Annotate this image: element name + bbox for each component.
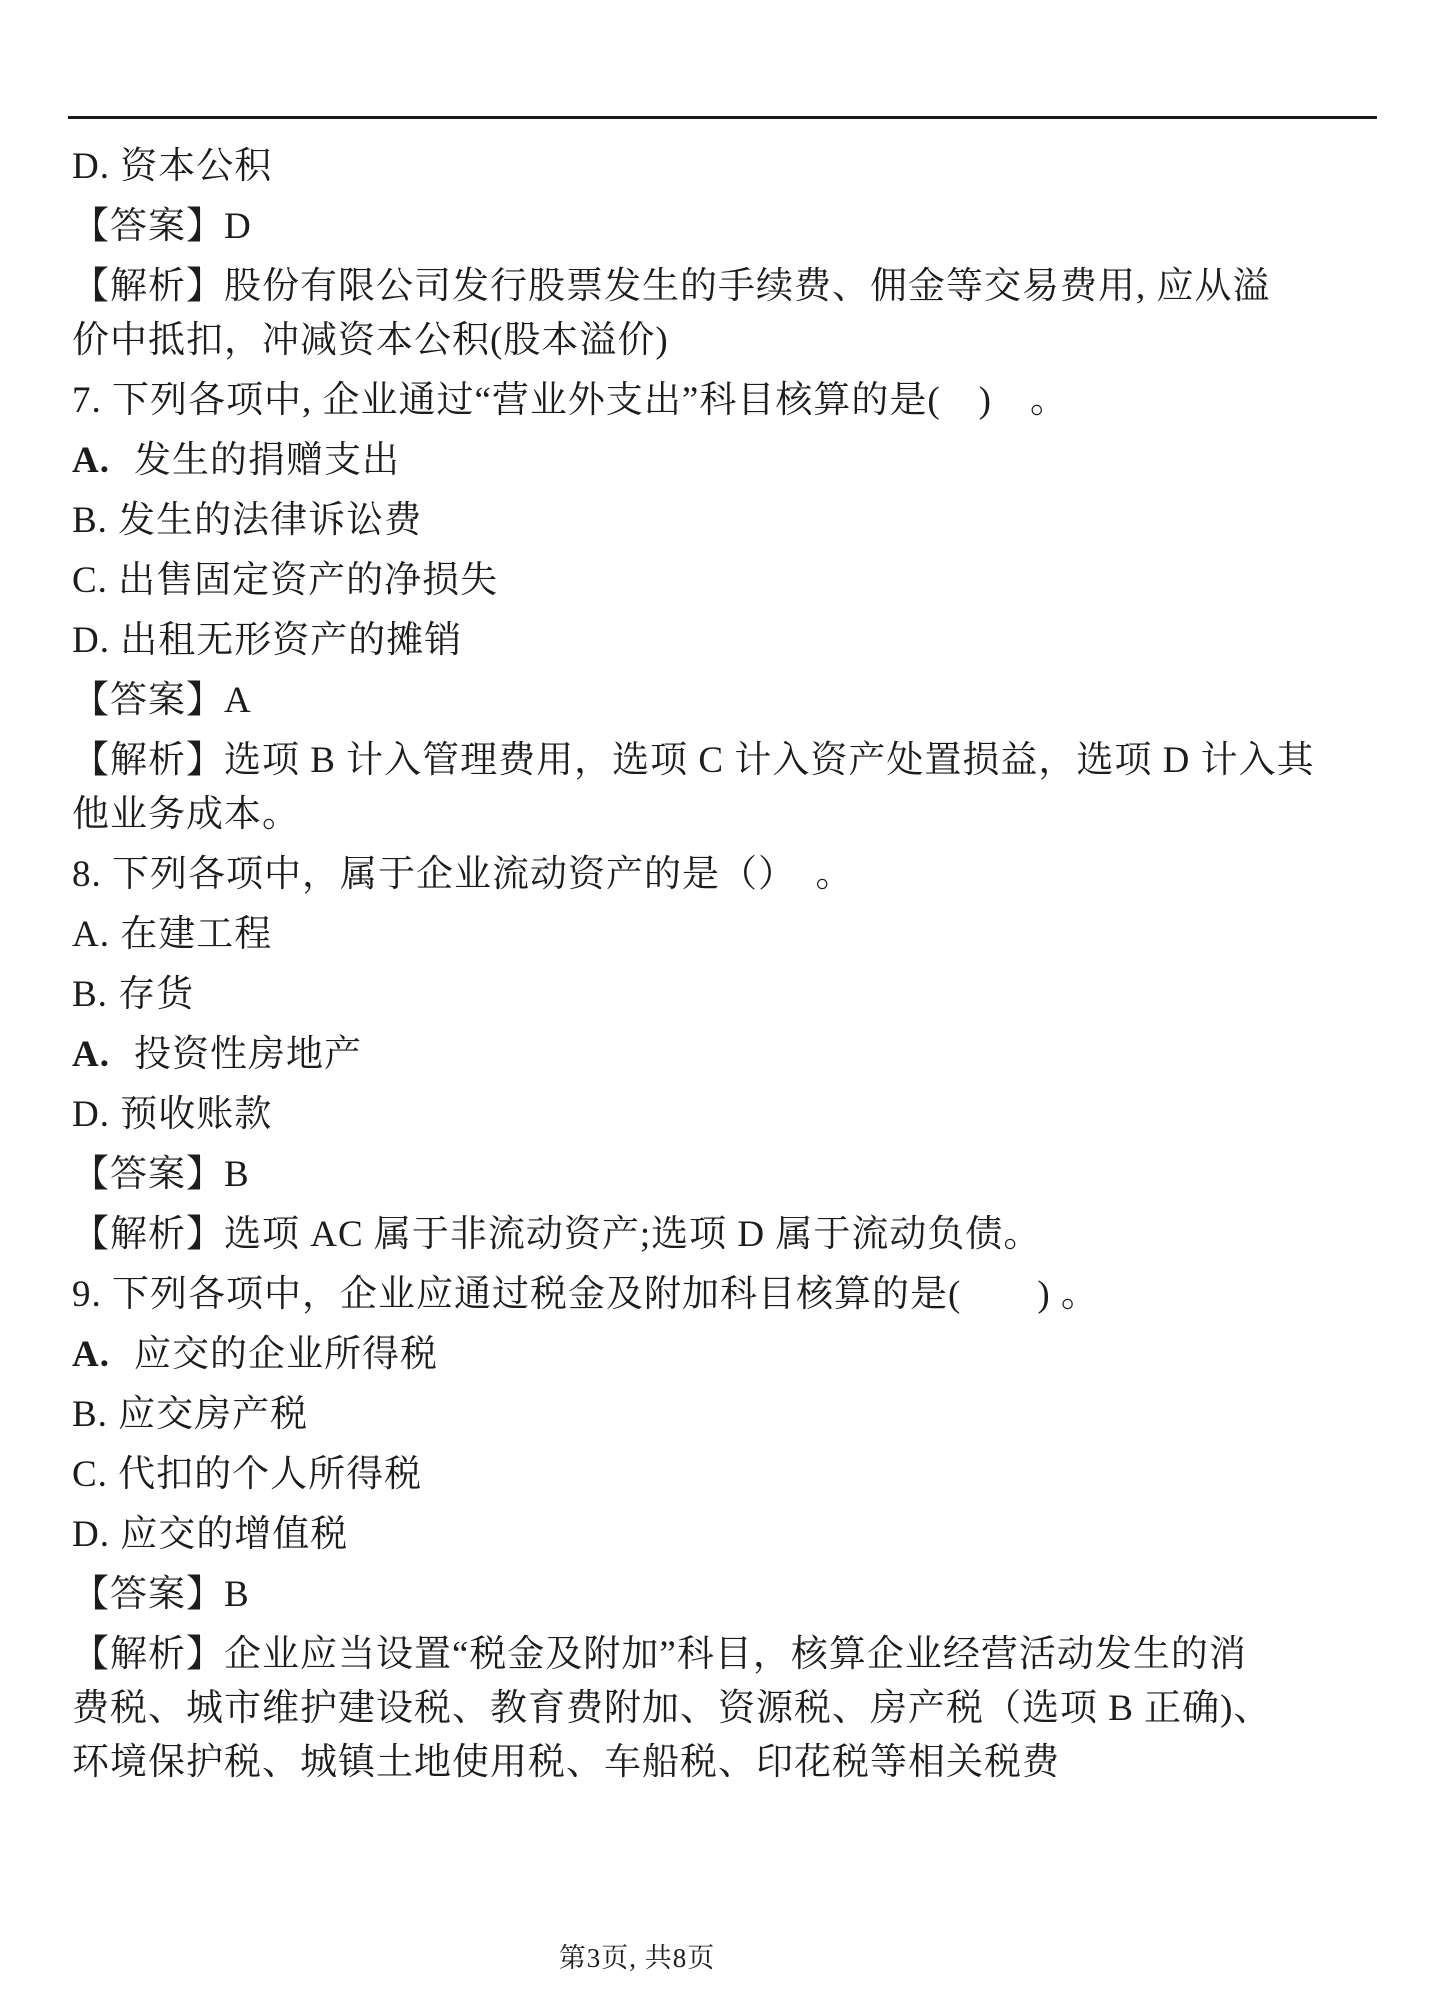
- text-line: A. 在建工程: [72, 908, 1402, 962]
- option-b-q9: B. 应交房产税: [72, 1388, 1402, 1442]
- option-b-q7: B. 发生的法律诉讼费: [72, 494, 1402, 548]
- answer-q8: 【答案】B: [72, 1148, 1402, 1202]
- option-c-q8: A.投资性房地产: [72, 1028, 1402, 1082]
- option-a-q8: A. 在建工程: [72, 908, 1402, 962]
- answer-q6: 【答案】D: [72, 200, 1402, 254]
- text-line: 【答案】D: [72, 200, 1402, 254]
- option-c-q9: C. 代扣的个人所得税: [72, 1448, 1402, 1502]
- text-line: 【答案】B: [72, 1148, 1402, 1202]
- text-line: B. 存货: [72, 968, 1402, 1022]
- option-d-q9: D. 应交的增值税: [72, 1508, 1402, 1562]
- option-c-q7: C. 出售固定资产的净损失: [72, 554, 1402, 608]
- option-a-q7: A.发生的捐赠支出: [72, 434, 1402, 488]
- analysis-q9: 【解析】企业应当设置“税金及附加”科目，核算企业经营活动发生的消费税、城市维护建…: [72, 1628, 1402, 1790]
- text-line: C. 出售固定资产的净损失: [72, 554, 1402, 608]
- question-9: 9. 下列各项中，企业应通过税金及附加科目核算的是( ) 。: [72, 1268, 1402, 1322]
- text-line: 9. 下列各项中，企业应通过税金及附加科目核算的是( ) 。: [72, 1268, 1402, 1322]
- question-8: 8. 下列各项中，属于企业流动资产的是（） 。: [72, 848, 1402, 902]
- option-text: 投资性房地产: [134, 1034, 362, 1075]
- text-line: C. 代扣的个人所得税: [72, 1448, 1402, 1502]
- analysis-q6: 【解析】股份有限公司发行股票发生的手续费、佣金等交易费用, 应从溢价中抵扣，冲减…: [72, 260, 1402, 368]
- text-line: A.投资性房地产: [72, 1028, 1402, 1082]
- page-footer: 第3页, 共8页: [0, 1940, 1274, 1976]
- text-line: B. 发生的法律诉讼费: [72, 494, 1402, 548]
- text-line: 【解析】选项 AC 属于非流动资产;选项 D 属于流动负债。: [72, 1208, 1402, 1262]
- analysis-q7: 【解析】选项 B 计入管理费用，选项 C 计入资产处置损益，选项 D 计入其他业…: [72, 734, 1402, 842]
- option-marker: A.: [72, 1334, 110, 1375]
- option-text: 发生的捐赠支出: [134, 440, 400, 481]
- text-line: 环境保护税、城镇土地使用税、车船税、印花税等相关税费: [72, 1736, 1402, 1790]
- analysis-q8: 【解析】选项 AC 属于非流动资产;选项 D 属于流动负债。: [72, 1208, 1402, 1262]
- option-a-q9: A.应交的企业所得税: [72, 1328, 1402, 1382]
- text-line: 费税、城市维护建设税、教育费附加、资源税、房产税（选项 B 正确)、: [72, 1682, 1402, 1736]
- text-line: 8. 下列各项中，属于企业流动资产的是（） 。: [72, 848, 1402, 902]
- text-line: A.应交的企业所得税: [72, 1328, 1402, 1382]
- text-line: D. 资本公积: [72, 140, 1402, 194]
- text-line: 【答案】A: [72, 674, 1402, 728]
- text-line: 【解析】股份有限公司发行股票发生的手续费、佣金等交易费用, 应从溢: [72, 260, 1402, 314]
- text-line: D. 应交的增值税: [72, 1508, 1402, 1562]
- text-line: D. 出租无形资产的摊销: [72, 614, 1402, 668]
- document-content: D. 资本公积【答案】D【解析】股份有限公司发行股票发生的手续费、佣金等交易费用…: [72, 140, 1402, 1796]
- header-rule: [68, 116, 1377, 119]
- option-b-q8: B. 存货: [72, 968, 1402, 1022]
- question-7: 7. 下列各项中, 企业通过“营业外支出”科目核算的是( ) 。: [72, 374, 1402, 428]
- text-line: 他业务成本。: [72, 788, 1402, 842]
- option-marker: A.: [72, 1034, 110, 1075]
- option-d-q8: D. 预收账款: [72, 1088, 1402, 1142]
- text-line: 【解析】选项 B 计入管理费用，选项 C 计入资产处置损益，选项 D 计入其: [72, 734, 1402, 788]
- text-line: D. 预收账款: [72, 1088, 1402, 1142]
- option-d-q6: D. 资本公积: [72, 140, 1402, 194]
- exam-page: D. 资本公积【答案】D【解析】股份有限公司发行股票发生的手续费、佣金等交易费用…: [0, 0, 1440, 2000]
- text-line: 7. 下列各项中, 企业通过“营业外支出”科目核算的是( ) 。: [72, 374, 1402, 428]
- text-line: 价中抵扣，冲减资本公积(股本溢价): [72, 314, 1402, 368]
- text-line: A.发生的捐赠支出: [72, 434, 1402, 488]
- answer-q9: 【答案】B: [72, 1568, 1402, 1622]
- answer-q7: 【答案】A: [72, 674, 1402, 728]
- option-d-q7: D. 出租无形资产的摊销: [72, 614, 1402, 668]
- option-text: 应交的企业所得税: [134, 1334, 438, 1375]
- text-line: 【解析】企业应当设置“税金及附加”科目，核算企业经营活动发生的消: [72, 1628, 1402, 1682]
- text-line: 【答案】B: [72, 1568, 1402, 1622]
- text-line: B. 应交房产税: [72, 1388, 1402, 1442]
- option-marker: A.: [72, 440, 110, 481]
